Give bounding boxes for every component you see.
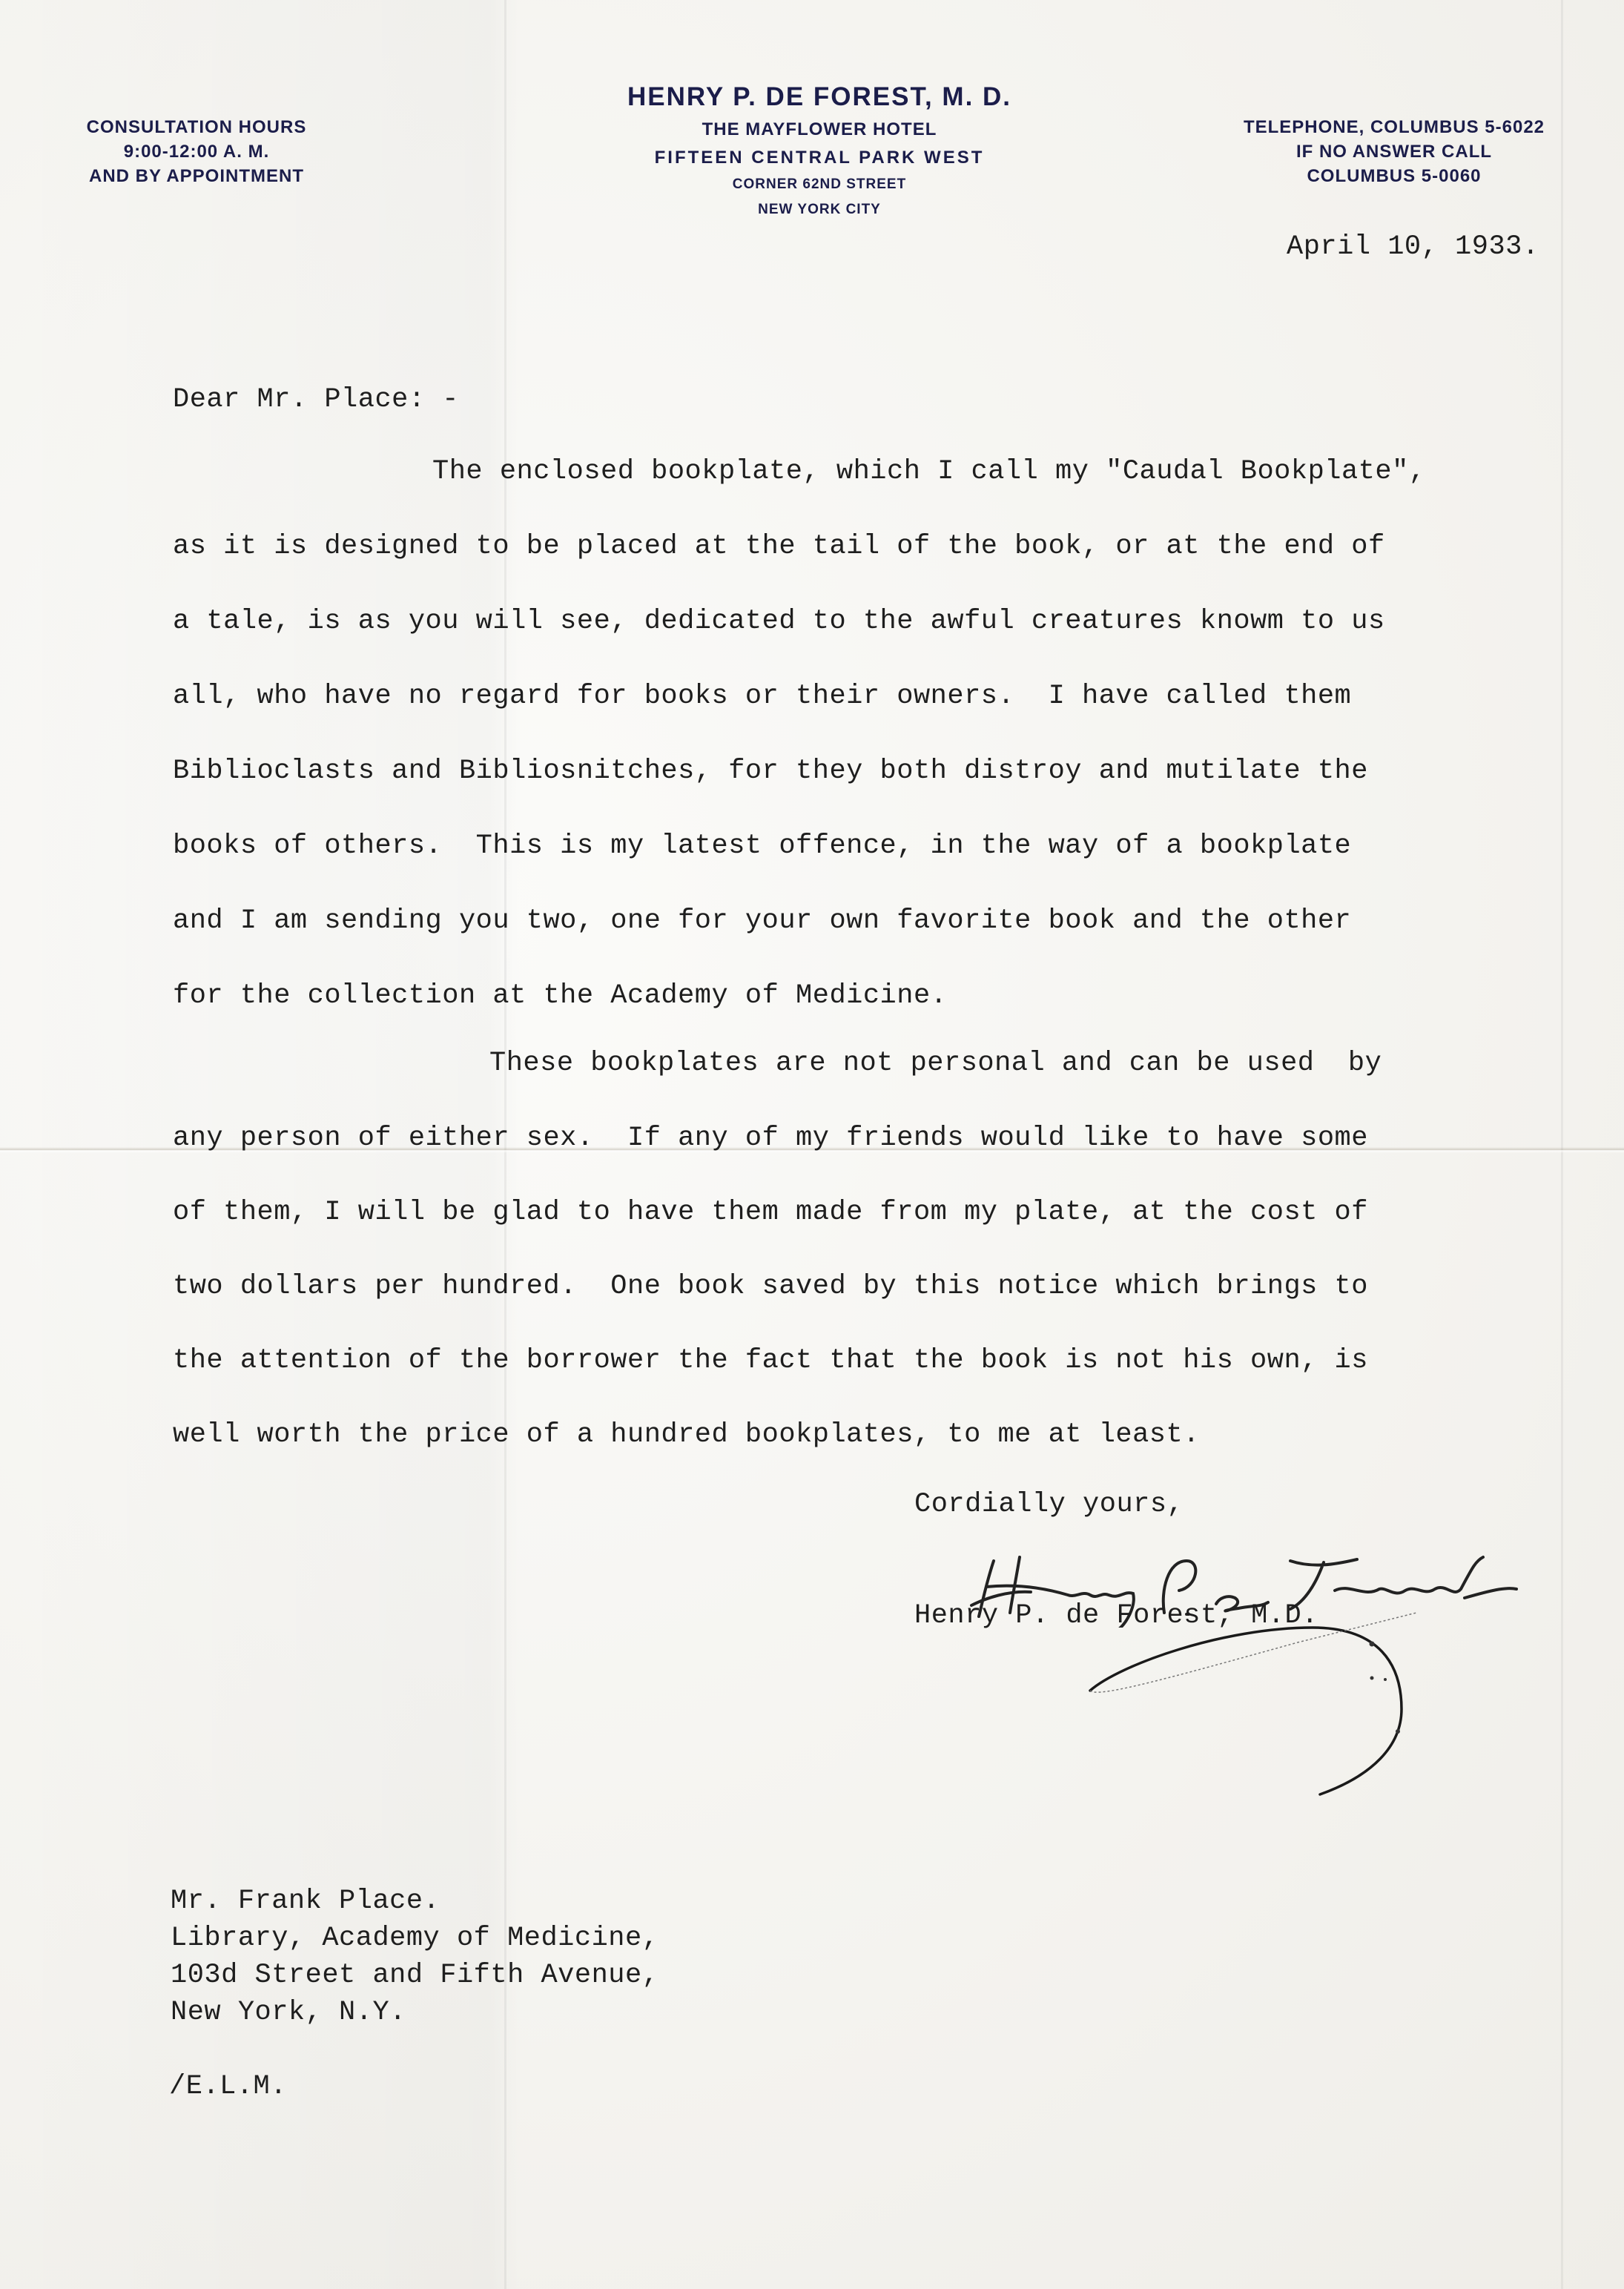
letterhead-doctor-name: Henry P. de Forest, M. D.	[578, 79, 1060, 116]
letterhead-telephone: TELEPHONE, COLUMBUS 5-6022 IF NO ANSWER …	[1186, 115, 1602, 188]
typist-initials: /E.L.M.	[169, 2071, 287, 2102]
body-line: the attention of the borrower the fact t…	[173, 1345, 1368, 1376]
letterhead-right-line: COLUMBUS 5-0060	[1186, 164, 1602, 188]
letterhead-left-line: CONSULTATION HOURS	[44, 115, 349, 139]
letterhead-right-line: TELEPHONE, COLUMBUS 5-6022	[1186, 115, 1602, 139]
letterhead-street: FIFTEEN CENTRAL PARK WEST	[578, 144, 1060, 172]
body-line: two dollars per hundred. One book saved …	[173, 1271, 1368, 1302]
recipient-line: 103d Street and Fifth Avenue,	[171, 1960, 658, 1991]
signature-flourish	[1075, 1598, 1491, 1798]
body-line: for the collection at the Academy of Med…	[173, 980, 947, 1011]
body-line: of them, I will be glad to have them mad…	[173, 1197, 1368, 1228]
body-line: a tale, is as you will see, dedicated to…	[173, 606, 1385, 637]
letterhead-hotel: THE MAYFLOWER HOTEL	[578, 116, 1060, 144]
closing: Cordially yours,	[914, 1489, 1184, 1520]
salutation: Dear Mr. Place: -	[173, 384, 459, 415]
body-line: any person of either sex. If any of my f…	[173, 1123, 1368, 1154]
recipient-line: New York, N.Y.	[171, 1997, 406, 2028]
body-line: well worth the price of a hundred bookpl…	[173, 1419, 1200, 1450]
letterhead-right-line: IF NO ANSWER CALL	[1186, 139, 1602, 164]
body-line: as it is designed to be placed at the ta…	[173, 531, 1385, 562]
letterhead-corner: CORNER 62ND STREET	[578, 172, 1060, 197]
letter-date: April 10, 1933.	[1287, 231, 1539, 262]
letterhead-left-line: 9:00-12:00 A. M.	[44, 139, 349, 164]
recipient-line: Library, Academy of Medicine,	[171, 1923, 658, 1954]
body-line: books of others. This is my latest offen…	[173, 830, 1351, 862]
body-line: These bookplates are not personal and ca…	[489, 1048, 1382, 1079]
recipient-line: Mr. Frank Place.	[171, 1886, 440, 1917]
body-line: The enclosed bookplate, which I call my …	[432, 456, 1426, 487]
letterhead-center: Henry P. de Forest, M. D. THE MAYFLOWER …	[578, 79, 1060, 222]
letterhead-left-line: AND BY APPOINTMENT	[44, 164, 349, 188]
body-line: all, who have no regard for books or the…	[173, 681, 1351, 712]
letterhead-city: NEW YORK CITY	[578, 197, 1060, 222]
vertical-fold-crease	[1561, 0, 1563, 2289]
letterhead-consultation-hours: CONSULTATION HOURS 9:00-12:00 A. M. AND …	[44, 115, 349, 188]
body-line: Biblioclasts and Bibliosnitches, for the…	[173, 756, 1368, 787]
body-line: and I am sending you two, one for your o…	[173, 905, 1351, 937]
